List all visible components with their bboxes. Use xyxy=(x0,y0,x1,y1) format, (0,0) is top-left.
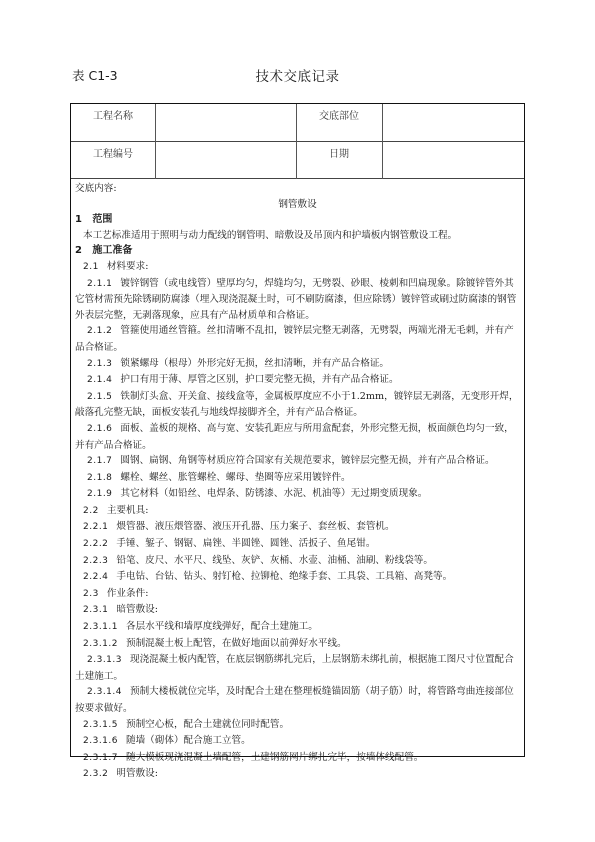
clause-text: 随墙（砌体）配合施工立管。 xyxy=(126,735,251,746)
clause-number: 2.1.1 xyxy=(87,279,112,289)
clause-number: 2.3.1.6 xyxy=(83,736,118,746)
clause-item: 2.1.5铁制灯头盒、开关盒、接线盒等，金属板厚度应不小于1.2mm，镀锌层无剥… xyxy=(75,389,520,421)
handover-location-label: 交底部位 xyxy=(296,107,382,122)
project-number-label: 工程编号 xyxy=(71,145,155,160)
clause-text: 煨管器、液压煨管器、液压开孔器、压力案子、套丝板、套管机。 xyxy=(116,521,394,532)
clause-item: 2.3.1.7随大模板现浇混凝土墙配管，土建钢筋网片绑扎完毕，按墙体线配管。 xyxy=(75,750,520,767)
clause-text: 铁制灯头盒、开关盒、接线盒等，金属板厚度应不小于1.2mm，镀锌层无剥落，无变形… xyxy=(75,391,518,419)
clause-item: 2.3.2明管敷设: xyxy=(75,766,520,783)
clause-text: 铅笔、皮尺、水平尺、线坠、灰铲、灰桶、水壶、油桶、油刷、粉线袋等。 xyxy=(116,555,433,566)
clause-number: 2.3.1.5 xyxy=(83,720,118,730)
clause-item: 2.1.3锁紧螺母（根母）外形完好无损，丝扣清晰，并有产品合格证。 xyxy=(75,356,520,373)
clause-number: 2.3 xyxy=(83,589,99,599)
clause-text: 面板、盖板的规格、高与宽、安装孔距应与所用盒配套，外形完整无损，板面颜色均匀一致… xyxy=(75,423,514,451)
clause-number: 2.3.1.7 xyxy=(83,753,118,763)
content-subject: 钢管敷设 xyxy=(75,197,520,213)
clause-item: 2.2.3铅笔、皮尺、水平尺、线坠、灰铲、灰桶、水壶、油桶、油刷、粉线袋等。 xyxy=(75,553,520,570)
clause-item: 2.3.1.3现浇混凝土板内配管，在底层钢筋绑扎完后，上层钢筋未绑扎前，根据施工… xyxy=(75,652,520,684)
clause-text: 作业条件: xyxy=(107,588,149,599)
clause-text: 手电钻、台钻、钻头、射钉枪、拉铆枪、绝缘手套、工具袋、工具箱、高凳等。 xyxy=(116,571,452,582)
clause-number: 2.1.2 xyxy=(87,326,112,336)
scope-text: 本工艺标准适用于照明与动力配线的钢管明、暗敷设及吊顶内和护墙板内钢管敷设工程。 xyxy=(75,228,520,244)
clause-item: 2.3.1.1各层水平线和墙厚度线弹好，配合土建施工。 xyxy=(75,619,520,636)
date-label: 日期 xyxy=(296,145,382,160)
record-table: 工程名称 交底部位 工程编号 日期 交底内容: 钢管敷设 1 范围 本工艺标准适… xyxy=(70,103,525,757)
clause-text: 现浇混凝土板内配管，在底层钢筋绑扎完后，上层钢筋未绑扎前，根据施工图尺寸位置配合… xyxy=(75,654,514,682)
clause-item: 2.1.9其它材料（如铅丝、电焊条、防锈漆、水泥、机油等）无过期变质现象。 xyxy=(75,486,520,503)
project-name-label: 工程名称 xyxy=(71,107,155,122)
clause-text: 主要机具: xyxy=(107,505,149,516)
clause-item: 2.1.1镀锌钢管（或电线管）壁厚均匀，焊缝均匀，无劈裂、砂眼、棱刺和凹扁现象。… xyxy=(75,276,520,324)
clause-number: 2.2.1 xyxy=(83,522,108,532)
project-number-field[interactable] xyxy=(159,145,293,177)
clause-item: 2.2.1煨管器、液压煨管器、液压开孔器、压力案子、套丝板、套管机。 xyxy=(75,519,520,536)
clause-number: 2.1.6 xyxy=(87,424,112,434)
section-heading-scope: 1 范围 xyxy=(75,212,520,228)
clause-number: 2.3.2 xyxy=(83,769,108,779)
column-divider xyxy=(382,104,383,179)
clause-number: 2.2.3 xyxy=(83,556,108,566)
section-number: 2 xyxy=(75,245,82,256)
clause-number: 2.1 xyxy=(83,262,99,272)
section-title: 施工准备 xyxy=(92,245,132,256)
clause-number: 2.1.3 xyxy=(87,359,112,369)
clause-item: 2.1.4护口有用于薄、厚管之区别，护口要完整无损，并有产品合格证。 xyxy=(75,372,520,389)
clause-item: 2.3.1.5预制空心板，配合土建就位同时配管。 xyxy=(75,717,520,734)
clause-item: 2.1材料要求: xyxy=(75,259,520,276)
project-name-field[interactable] xyxy=(159,107,293,139)
clause-number: 2.1.4 xyxy=(87,375,112,385)
clause-number: 2.3.1.1 xyxy=(83,622,118,632)
document-title: 技术交底记录 xyxy=(0,65,595,85)
column-divider xyxy=(155,104,156,179)
clause-text: 管箍使用通丝管箍。丝扣清晰不乱扣，镀锌层完整无剥落，无劈裂，两端光滑无毛刺，并有… xyxy=(75,325,514,353)
date-field[interactable] xyxy=(386,145,520,177)
clause-text: 螺栓、螺丝、胀管螺栓、螺母、垫圈等应采用镀锌件。 xyxy=(120,472,350,483)
clause-item: 2.3.1.6随墙（砌体）配合施工立管。 xyxy=(75,733,520,750)
clause-item: 2.3.1.2预制混凝土板上配管，在做好地面以前弹好水平线。 xyxy=(75,636,520,653)
handover-content: 交底内容: 钢管敷设 1 范围 本工艺标准适用于照明与动力配线的钢管明、暗敷设及… xyxy=(71,179,524,783)
clause-item: 2.3作业条件: xyxy=(75,586,520,603)
clause-number: 2.1.5 xyxy=(87,392,112,402)
clause-number: 2.2.2 xyxy=(83,539,108,549)
clause-item: 2.3.1暗管敷设: xyxy=(75,602,520,619)
clause-item: 2.2.2手锤、錾子、钢锯、扁锉、半圆锉、圆锉、活扳子、鱼尾钳。 xyxy=(75,536,520,553)
clause-text: 预制空心板，配合土建就位同时配管。 xyxy=(126,719,289,730)
clause-number: 2.2 xyxy=(83,506,99,516)
clause-list: 2.1材料要求:2.1.1镀锌钢管（或电线管）壁厚均匀，焊缝均匀，无劈裂、砂眼、… xyxy=(75,259,520,783)
clause-number: 2.3.1.2 xyxy=(83,639,118,649)
clause-text: 护口有用于薄、厚管之区别，护口要完整无损，并有产品合格证。 xyxy=(120,374,398,385)
clause-text: 镀锌钢管（或电线管）壁厚均匀，焊缝均匀，无劈裂、砂眼、棱刺和凹扁现象。除镀锌管外… xyxy=(75,278,516,321)
clause-item: 2.2.4手电钻、台钻、钻头、射钉枪、拉铆枪、绝缘手套、工具袋、工具箱、高凳等。 xyxy=(75,569,520,586)
clause-item: 2.1.2管箍使用通丝管箍。丝扣清晰不乱扣，镀锌层完整无剥落，无劈裂，两端光滑无… xyxy=(75,323,520,355)
clause-text: 明管敷设: xyxy=(116,768,158,779)
content-label: 交底内容: xyxy=(75,181,520,197)
clause-number: 2.1.9 xyxy=(87,489,112,499)
section-title: 范围 xyxy=(92,214,112,225)
clause-text: 预制混凝土板上配管，在做好地面以前弹好水平线。 xyxy=(126,638,347,649)
clause-text: 随大模板现浇混凝土墙配管，土建钢筋网片绑扎完毕，按墙体线配管。 xyxy=(126,752,423,763)
clause-text: 锁紧螺母（根母）外形完好无损，丝扣清晰，并有产品合格证。 xyxy=(120,358,389,369)
clause-number: 2.3.1.4 xyxy=(87,687,122,697)
clause-number: 2.1.8 xyxy=(87,473,112,483)
clause-text: 圆钢、扁钢、角钢等材质应符合国家有关规范要求，镀锌层完整无损，并有产品合格证。 xyxy=(120,455,494,466)
clause-text: 暗管敷设: xyxy=(116,604,158,615)
clause-number: 2.1.7 xyxy=(87,456,112,466)
handover-location-field[interactable] xyxy=(386,107,520,139)
section-number: 1 xyxy=(75,214,82,225)
clause-item: 2.1.7圆钢、扁钢、角钢等材质应符合国家有关规范要求，镀锌层完整无损，并有产品… xyxy=(75,453,520,470)
clause-text: 各层水平线和墙厚度线弹好，配合土建施工。 xyxy=(126,621,318,632)
clause-number: 2.2.4 xyxy=(83,572,108,582)
section-heading-preparation: 2 施工准备 xyxy=(75,243,520,259)
clause-text: 预制大楼板就位完毕，及时配合土建在整理板缝锚固筋（胡子筋）时，将管路弯曲连接部位… xyxy=(75,686,514,714)
clause-text: 材料要求: xyxy=(107,261,149,272)
clause-item: 2.3.1.4预制大楼板就位完毕，及时配合土建在整理板缝锚固筋（胡子筋）时，将管… xyxy=(75,684,520,716)
clause-number: 2.3.1 xyxy=(83,605,108,615)
clause-item: 2.2主要机具: xyxy=(75,503,520,520)
clause-item: 2.1.8螺栓、螺丝、胀管螺栓、螺母、垫圈等应采用镀锌件。 xyxy=(75,470,520,487)
clause-number: 2.3.1.3 xyxy=(87,655,122,665)
clause-text: 其它材料（如铅丝、电焊条、防锈漆、水泥、机油等）无过期变质现象。 xyxy=(120,488,427,499)
clause-text: 手锤、錾子、钢锯、扁锉、半圆锉、圆锉、活扳子、鱼尾钳。 xyxy=(116,538,375,549)
clause-item: 2.1.6面板、盖板的规格、高与宽、安装孔距应与所用盒配套，外形完整无损，板面颜… xyxy=(75,421,520,453)
